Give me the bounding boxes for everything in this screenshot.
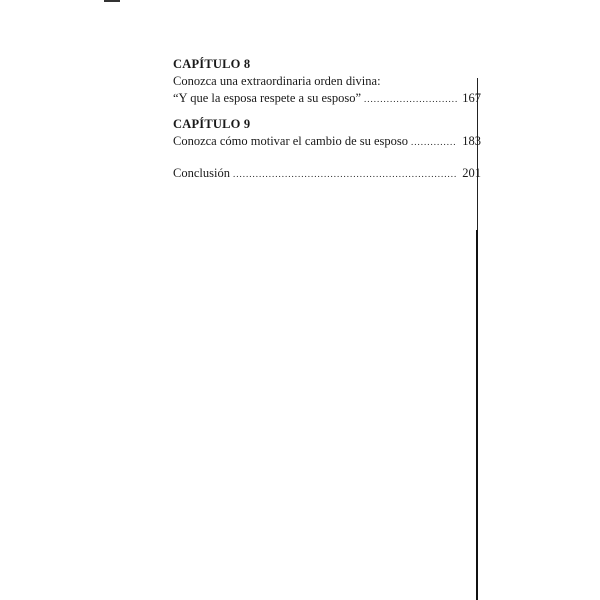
dot-leader [233, 166, 457, 183]
chapter-title-line: Conozca una extraordinaria orden divina: [173, 73, 481, 90]
chapter-title-line: “Y que la esposa respete a su esposo” [173, 90, 361, 107]
toc-entry-conclusion[interactable]: Conclusión 201 [173, 165, 481, 183]
chapter-heading: CAPÍTULO 9 [173, 116, 481, 133]
table-of-contents: CAPÍTULO 8 Conozca una extraordinaria or… [173, 56, 481, 183]
page-number: 167 [462, 90, 481, 107]
chapter-title-line: Conozca cómo motivar el cambio de su esp… [173, 133, 408, 150]
toc-chapter-9: CAPÍTULO 9 Conozca cómo motivar el cambi… [173, 116, 481, 151]
scan-artifact-mark [104, 0, 120, 2]
page-number: 183 [462, 133, 481, 150]
page-edge-shadow [476, 230, 478, 600]
dot-leader [364, 91, 457, 108]
page-number: 201 [462, 165, 481, 182]
conclusion-label: Conclusión [173, 165, 230, 182]
dot-leader [411, 134, 457, 151]
toc-entry[interactable]: Conozca cómo motivar el cambio de su esp… [173, 133, 481, 151]
chapter-heading: CAPÍTULO 8 [173, 56, 481, 73]
toc-entry[interactable]: “Y que la esposa respete a su esposo” 16… [173, 90, 481, 108]
toc-chapter-8: CAPÍTULO 8 Conozca una extraordinaria or… [173, 56, 481, 108]
